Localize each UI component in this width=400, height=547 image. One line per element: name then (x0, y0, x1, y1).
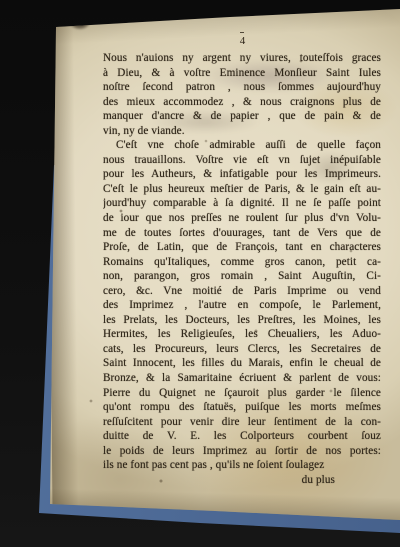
text-line: Romains qu'Italiques, comme gros canon, … (103, 255, 381, 270)
text-line: Proſe, de Latin, que de François, tant e… (103, 240, 381, 255)
text-line: me de toutes ſortes d'ouurages, tant de … (103, 226, 381, 241)
text-line: des mieux accommodez , & nous craignons … (103, 95, 381, 110)
ink-blot (65, 9, 92, 33)
text-line: des Imprimez , l'autre en compoſe, le Pa… (103, 298, 381, 313)
text-line: C'eſt le plus heureux meſtier de Paris, … (103, 182, 381, 197)
text-line: le poids de leurs Imprimez au ſortir de … (103, 444, 381, 459)
text-line: C'eſt vne choſe admirable auſſi de quell… (103, 138, 381, 153)
text-line: de iour que nos preſſes ne roulent ſur p… (103, 211, 381, 226)
handwritten-number: 2 (56, 11, 68, 30)
paper-page: 2 4 Nous n'auions ny argent ny viures, t… (0, 0, 400, 547)
handwritten-mark: 2 (57, 10, 97, 36)
text-line: cero, &c. Vne moitié de Paris Imprime ou… (103, 284, 381, 299)
text-line: pour les Autheurs, & infatigable pour le… (103, 167, 381, 182)
text-line: Saint Innocent, les filles du Marais, en… (103, 356, 381, 371)
text-line: manquer d'ancre & de papier , que de pai… (103, 109, 381, 124)
text-block: Nous n'auions ny argent ny viures, toute… (103, 51, 381, 487)
text-line: nous trauaillons. Voſtre vie eſt vn ſuje… (103, 153, 381, 168)
text-line: cats, les Procureurs, leurs Clercs, les … (103, 342, 381, 357)
page-number: 4 (104, 35, 381, 47)
text-line: Hermites, les Religieuſes, les Cheualier… (103, 327, 381, 342)
text-line: ils ne font pas cent pas , qu'ils ne ſoi… (103, 458, 381, 473)
text-line: noſtre ſecond patron , nous ſommes aujou… (103, 80, 381, 95)
text-line: qu'ont rompu des ſtatuës, puiſque les mo… (103, 400, 381, 415)
text-line: non, parangon, gros romain , Saint Auguſ… (103, 269, 381, 284)
text-line: Pierre du Quignet ne ſçauroit plus garde… (103, 386, 381, 401)
text-line: jourd'huy comparable à ſa dignité. Il ne… (103, 196, 381, 211)
text-line: duitte de V. E. les Colporteurs courbent… (103, 429, 381, 444)
text-line: reſſuſcitent pour venir dire leur ſentim… (103, 415, 381, 430)
paper-speckles (0, 0, 2, 2)
text-line: Nous n'auions ny argent ny viures, toute… (103, 51, 381, 66)
text-line: les Prelats, les Docteurs, les Preſtres,… (103, 313, 381, 328)
text-line: à Dieu, & à voſtre Eminence Monſieur Sai… (103, 66, 381, 81)
text-line: Bronze, & la Samaritaine écriuent & parl… (103, 371, 381, 386)
text-line: vin, ny de viande. (103, 124, 381, 139)
book-page-photo: 2 4 Nous n'auions ny argent ny viures, t… (0, 0, 400, 547)
catchword: du plus (103, 473, 381, 488)
